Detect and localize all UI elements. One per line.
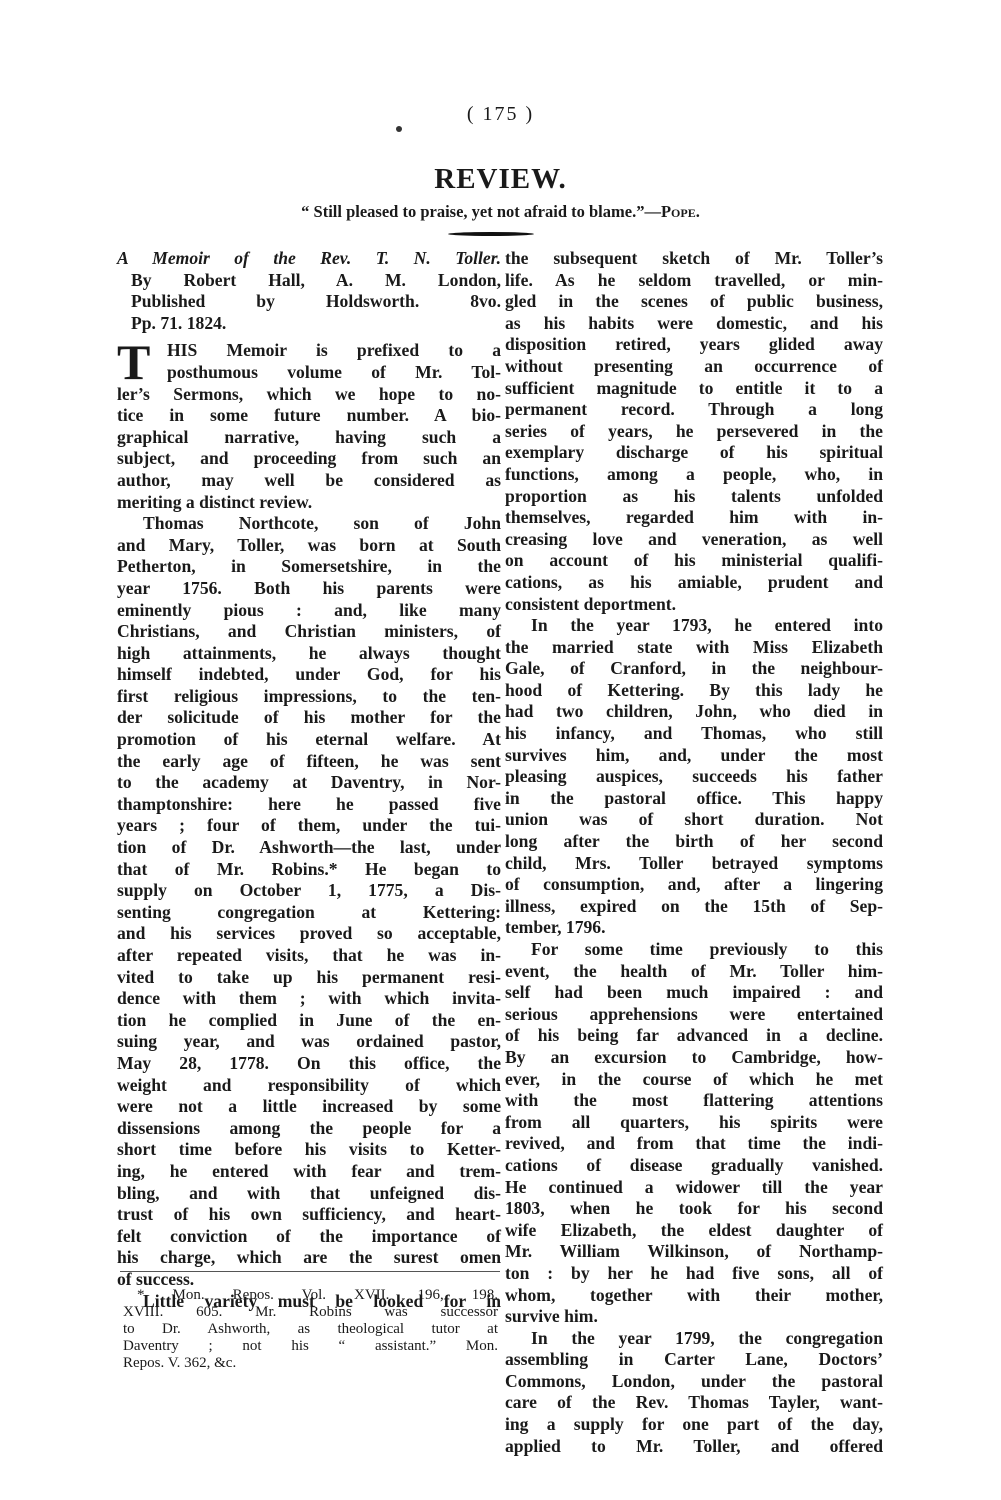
text-line: senting congregation at Kettering: [117,902,501,924]
paragraph-intro: T HIS Memoir is prefixed to a posthumous… [117,340,501,513]
heading-line: By Robert Hall, A. M. London, [117,270,501,292]
paragraph-marriage: In the year 1793, he entered into the ma… [505,615,883,939]
text-line: In the year 1799, the congregation [505,1328,883,1350]
text-line: Gale, of Cranford, in the neighbour- [505,658,883,680]
text-line: functions, among a people, who, in [505,464,883,486]
text-line: to the academy at Daventry, in Nor- [117,772,501,794]
ink-speck [396,126,402,132]
text-line: promotion of his eternal welfare. At [117,729,501,751]
text-line: permanent record. Through a long [505,399,883,421]
text-line: tice in some future number. A bio- [117,405,501,427]
text-line: assembling in Carter Lane, Doctors’ [505,1349,883,1371]
text-line: the subsequent sketch of Mr. Toller’s [505,248,883,270]
text-line: without presenting an occurrence of [505,356,883,378]
text-line: of his being far advanced in a decline. [505,1025,883,1047]
text-line: disposition retired, years glided away [505,334,883,356]
text-line: and Mary, Toller, was born at South [117,535,501,557]
article-heading: A Memoir of the Rev. T. N. Toller. By Ro… [117,248,501,334]
text-line: applied to Mr. Toller, and offered [505,1436,883,1458]
text-line: felt conviction of the importance of [117,1226,501,1248]
text-line: eminently pious : and, like many [117,600,501,622]
text-line: posthumous volume of Mr. Tol- [117,362,501,384]
text-line: vited to take up his permanent resi- [117,967,501,989]
heading-line: A Memoir of the Rev. T. N. Toller. [117,248,501,270]
text-line: the early age of fifteen, he was sent [117,751,501,773]
text-line: and his services proved so acceptable, [117,923,501,945]
text-line: revived, and from that time the indi- [505,1133,883,1155]
text-line: ton : by her he had five sons, all of [505,1263,883,1285]
text-line: himself indebted, under God, for his [117,664,501,686]
text-line: union was of short duration. Not [505,809,883,831]
text-line: In the year 1793, he entered into [505,615,883,637]
text-line: short time before his visits to Ketter- [117,1139,501,1161]
text-line: He continued a widower till the year [505,1177,883,1199]
text-line: themselves, regarded him with in- [505,507,883,529]
text-line: life. As he seldom travelled, or min- [505,270,883,292]
text-line: that of Mr. Robins.* He began to [117,859,501,881]
text-line: By an excursion to Cambridge, how- [505,1047,883,1069]
text-line: ler’s Sermons, which we hope to no- [117,384,501,406]
text-line: long after the birth of her second [505,831,883,853]
text-line: bling, and with that unfeigned dis- [117,1183,501,1205]
paragraph-carter-lane: In the year 1799, the congregation assem… [505,1328,883,1458]
text-line: tion he complied in June of the en- [117,1010,501,1032]
text-line: illness, expired on the 15th of Sep- [505,896,883,918]
footnote: * Mon. Repos. Vol. XVII. 196, 198. XVIII… [123,1287,498,1372]
text-line: cations, as his amiable, prudent and [505,572,883,594]
text-line: ever, in the course of which he met [505,1069,883,1091]
text-line: Mr. William Wilkinson, of Northamp- [505,1241,883,1263]
text-line: series of years, he persevered in the [505,421,883,443]
footnote-line: Repos. V. 362, &c. [123,1355,498,1372]
text-line: whom, together with their mother, [505,1285,883,1307]
text-line: event, the health of Mr. Toller him- [505,961,883,983]
text-line: tember, 1796. [505,917,883,939]
text-line: dissensions among the people for a [117,1118,501,1140]
text-line: tion of Dr. Ashworth—the last, under [117,837,501,859]
text-line: on account of his ministerial qualifi- [505,550,883,572]
text-line: ing a supply for one part of the day, [505,1414,883,1436]
text-line: from all quarters, his spirits were [505,1112,883,1134]
text-line: ing, he entered with fear and trem- [117,1161,501,1183]
footnote-line: Daventry ; not his “ assistant.” Mon. [123,1338,498,1355]
paragraph-health: For some time previously to this event, … [505,939,883,1328]
text-line: with the most flattering attentions [505,1090,883,1112]
text-line: Thomas Northcote, son of John [117,513,501,535]
text-line: suing year, and was ordained pastor, [117,1031,501,1053]
text-line: author, may well be considered as [117,470,501,492]
text-line: pleasing auspices, succeeds his father [505,766,883,788]
text-line: high attainments, he always thought [117,643,501,665]
heading-line: Published by Holdsworth. 8vo. [117,291,501,313]
text-line: hood of Kettering. By this lady he [505,680,883,702]
footnote-line: * Mon. Repos. Vol. XVII. 196, 198. [123,1287,498,1304]
text-line: years ; four of them, under the tui- [117,815,501,837]
paragraph-variety-continued: the subsequent sketch of Mr. Toller’s li… [505,248,883,615]
text-line: Petherton, in Somersetshire, in the [117,556,501,578]
text-line: of consumption, and, after a lingering [505,874,883,896]
text-line: cations of disease gradually vanished. [505,1155,883,1177]
text-line: had two children, John, who died in [505,701,883,723]
epigraph: “ Still pleased to praise, yet not afrai… [0,202,1001,222]
paragraph-birth: Thomas Northcote, son of John and Mary, … [117,513,501,1290]
footnote-line: to Dr. Ashworth, as theological tutor at [123,1321,498,1338]
text-line: exemplary discharge of his spiritual [505,442,883,464]
text-line: first religious impressions, to the ten- [117,686,501,708]
text-line: May 28, 1778. On this office, the [117,1053,501,1075]
text-line: self had been much impaired : and [505,982,883,1004]
text-line: creasing love and veneration, as well [505,529,883,551]
text-line: sufficient magnitude to entitle it to a [505,378,883,400]
text-line: his charge, which are the surest omen [117,1247,501,1269]
text-line: proportion as his talents unfolded [505,486,883,508]
text-line: year 1756. Both his parents were [117,578,501,600]
text-line: as his habits were domestic, and his [505,313,883,335]
epigraph-quote: “ Still pleased to praise, yet not afrai… [301,202,661,221]
section-title: REVIEW. [0,163,1001,196]
text-line: thamptonshire: here he passed five [117,794,501,816]
text-line: survives him, and, under the most [505,745,883,767]
text-line: in the pastoral office. This happy [505,788,883,810]
text-line: his infancy, and Thomas, who still [505,723,883,745]
text-line: HIS Memoir is prefixed to a [117,340,501,362]
text-line: consistent deportment. [505,594,883,616]
text-line: 1803, when he took for his second [505,1198,883,1220]
right-column: the subsequent sketch of Mr. Toller’s li… [505,248,883,1457]
title-rule [448,232,534,236]
text-line: graphical narrative, having such a [117,427,501,449]
text-line: after repeated visits, that he was in- [117,945,501,967]
heading-line: Pp. 71. 1824. [117,313,501,335]
text-line: subject, and proceeding from such an [117,448,501,470]
text-line: weight and responsibility of which [117,1075,501,1097]
epigraph-author: Pope. [661,202,700,221]
text-line: Commons, London, under the pastoral [505,1371,883,1393]
text-line: gled in the scenes of public business, [505,291,883,313]
text-line: child, Mrs. Toller betrayed symptoms [505,853,883,875]
text-line: For some time previously to this [505,939,883,961]
footnote-line: XVIII. 605. Mr. Robins was successor [123,1304,498,1321]
text-line: trust of his own sufficiency, and heart- [117,1204,501,1226]
footnote-rule [120,1271,500,1272]
drop-cap: T [117,340,150,384]
text-line: wife Elizabeth, the eldest daughter of [505,1220,883,1242]
text-line: care of the Rev. Thomas Tayler, want- [505,1392,883,1414]
text-line: Christians, and Christian ministers, of [117,621,501,643]
left-column: A Memoir of the Rev. T. N. Toller. By Ro… [117,248,501,1312]
text-line: survive him. [505,1306,883,1328]
text-line: dence with them ; with which invita- [117,988,501,1010]
text-line: meriting a distinct review. [117,492,501,514]
page-number: ( 175 ) [0,103,1001,126]
text-line: supply on October 1, 1775, a Dis- [117,880,501,902]
text-line: serious apprehensions were entertained [505,1004,883,1026]
text-line: der solicitude of his mother for the [117,707,501,729]
text-line: were not a little increased by some [117,1096,501,1118]
text-line: the married state with Miss Elizabeth [505,637,883,659]
